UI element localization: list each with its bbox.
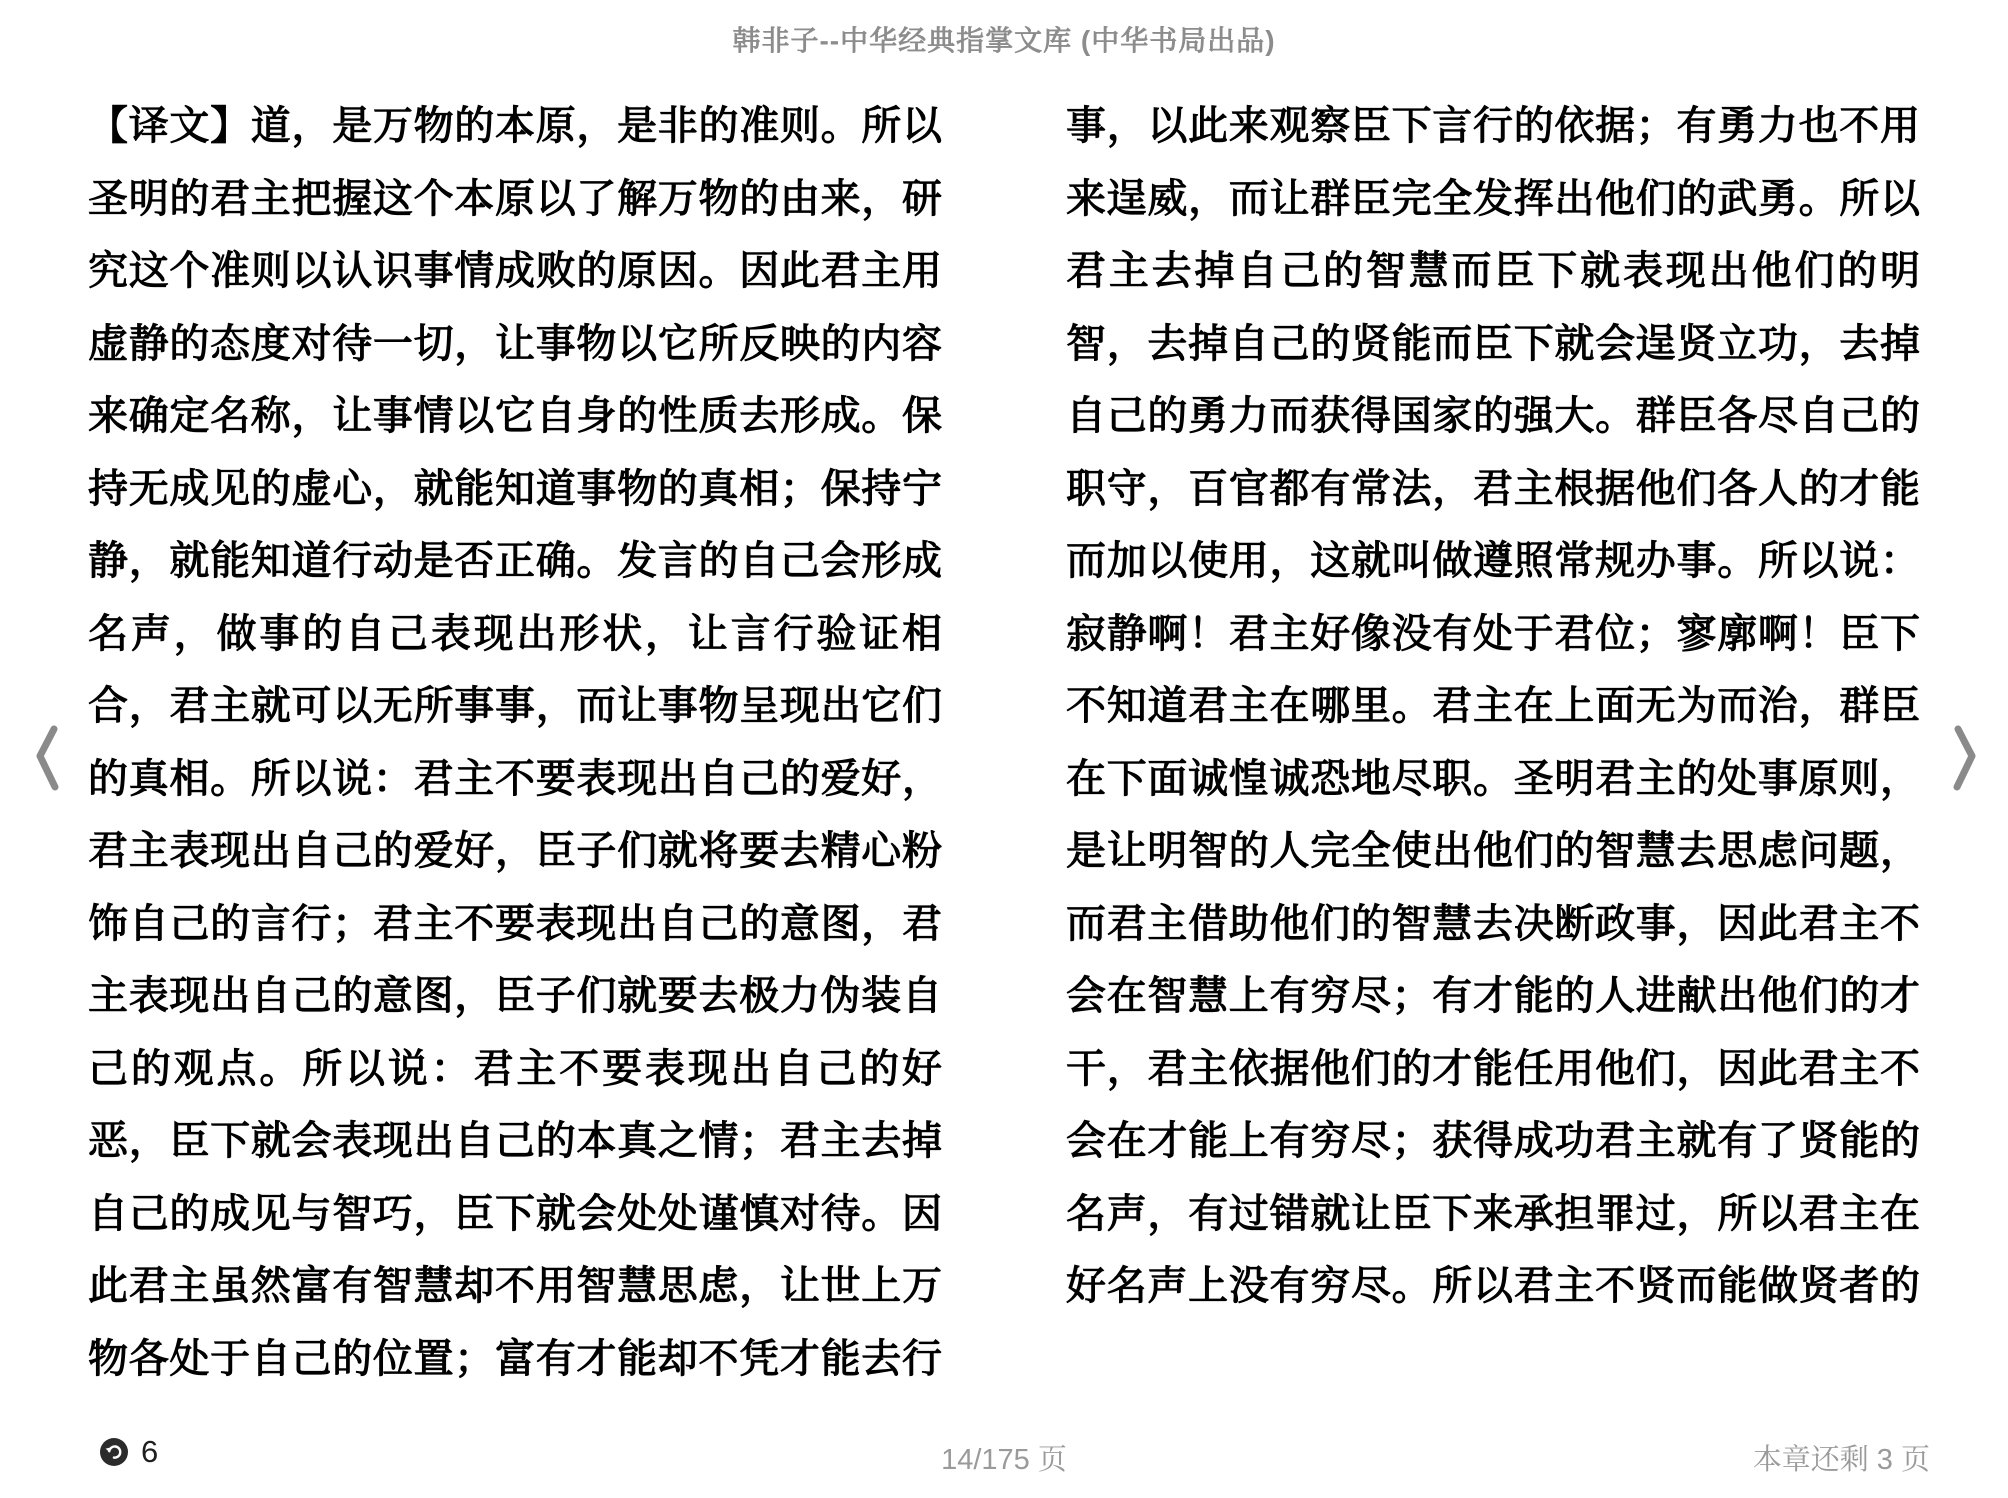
text-line: 的真相。所以说：君主不要表现出自己的爱好， [88, 743, 942, 816]
text-line: 圣明的君主把握这个本原以了解万物的由来，研 [88, 163, 942, 236]
text-line: 物各处于自己的位置；富有才能却不凭才能去行 [88, 1323, 942, 1396]
text-line: 自己的勇力而获得国家的强大。群臣各尽自己的 [1066, 380, 1920, 453]
chevron-left-icon [32, 780, 62, 795]
text-line: 来逞威，而让群臣完全发挥出他们的武勇。所以 [1066, 163, 1920, 236]
text-line: 持无成见的虚心，就能知道事物的真相；保持宁 [88, 453, 942, 526]
right-text-column: 事，以此来观察臣下言行的依据；有勇力也不用来逞威，而让群臣完全发挥出他们的武勇。… [1066, 90, 1920, 1395]
text-line: 在下面诚惶诚恐地尽职。圣明君主的处事原则， [1066, 743, 1920, 816]
text-line: 究这个准则以认识事情成败的原因。因此君主用 [88, 235, 942, 308]
text-line: 君主去掉自己的智慧而臣下就表现出他们的明 [1066, 235, 1920, 308]
left-text-column: 【译文】道，是万物的本原，是非的准则。所以圣明的君主把握这个本原以了解万物的由来… [88, 90, 942, 1395]
text-line: 己的观点。所以说：君主不要表现出自己的好 [88, 1033, 942, 1106]
text-line: 饰自己的言行；君主不要表现出自己的意图，君 [88, 888, 942, 961]
text-line: 而君主借助他们的智慧去决断政事，因此君主不 [1066, 888, 1920, 961]
text-line: 恶，臣下就会表现出自己的本真之情；君主去掉 [88, 1105, 942, 1178]
text-line: 君主表现出自己的爱好，臣子们就将要去精心粉 [88, 815, 942, 888]
text-line: 会在才能上有穷尽；获得成功君主就有了贤能的 [1066, 1105, 1920, 1178]
text-line: 此君主虽然富有智慧却不用智慧思虑，让世上万 [88, 1250, 942, 1323]
text-line: 寂静啊！君主好像没有处于君位；寥廓啊！臣下 [1066, 598, 1920, 671]
text-columns: 【译文】道，是万物的本原，是非的准则。所以圣明的君主把握这个本原以了解万物的由来… [88, 90, 1920, 1395]
page-indicator: 14/175 页 [0, 1437, 2008, 1478]
text-line: 干，君主依据他们的才能任用他们，因此君主不 [1066, 1033, 1920, 1106]
reader-page: 韩非子--中华经典指掌文库 (中华书局出品) 【译文】道，是万物的本原，是非的准… [0, 0, 2008, 1498]
text-line: 不知道君主在哪里。君主在上面无为而治，群臣 [1066, 670, 1920, 743]
text-line: 会在智慧上有穷尽；有才能的人进献出他们的才 [1066, 960, 1920, 1033]
text-line: 智，去掉自己的贤能而臣下就会逞贤立功，去掉 [1066, 308, 1920, 381]
next-page-button[interactable] [1950, 724, 1980, 792]
text-line: 名声，有过错就让臣下来承担罪过，所以君主在 [1066, 1178, 1920, 1251]
text-line: 名声，做事的自己表现出形状，让言行验证相 [88, 598, 942, 671]
text-line: 而加以使用，这就叫做遵照常规办事。所以说： [1066, 525, 1920, 598]
book-title-header: 韩非子--中华经典指掌文库 (中华书局出品) [0, 19, 2008, 59]
text-line: 来确定名称，让事情以它自身的性质去形成。保 [88, 380, 942, 453]
text-line: 是让明智的人完全使出他们的智慧去思虑问题， [1066, 815, 1920, 888]
text-line: 【译文】道，是万物的本原，是非的准则。所以 [88, 90, 942, 163]
text-line: 职守，百官都有常法，君主根据他们各人的才能 [1066, 453, 1920, 526]
text-line: 虚静的态度对待一切，让事物以它所反映的内容 [88, 308, 942, 381]
text-line: 好名声上没有穷尽。所以君主不贤而能做贤者的 [1066, 1250, 1920, 1323]
text-line: 静，就能知道行动是否正确。发言的自己会形成 [88, 525, 942, 598]
text-line: 自己的成见与智巧，臣下就会处处谨慎对待。因 [88, 1178, 942, 1251]
chevron-right-icon [1950, 780, 1980, 795]
text-line: 主表现出自己的意图，臣子们就要去极力伪装自 [88, 960, 942, 1033]
text-line: 合，君主就可以无所事事，而让事物呈现出它们 [88, 670, 942, 743]
chapter-remaining-label: 本章还剩 3 页 [1753, 1437, 1930, 1478]
text-line: 事，以此来观察臣下言行的依据；有勇力也不用 [1066, 90, 1920, 163]
prev-page-button[interactable] [32, 724, 62, 792]
